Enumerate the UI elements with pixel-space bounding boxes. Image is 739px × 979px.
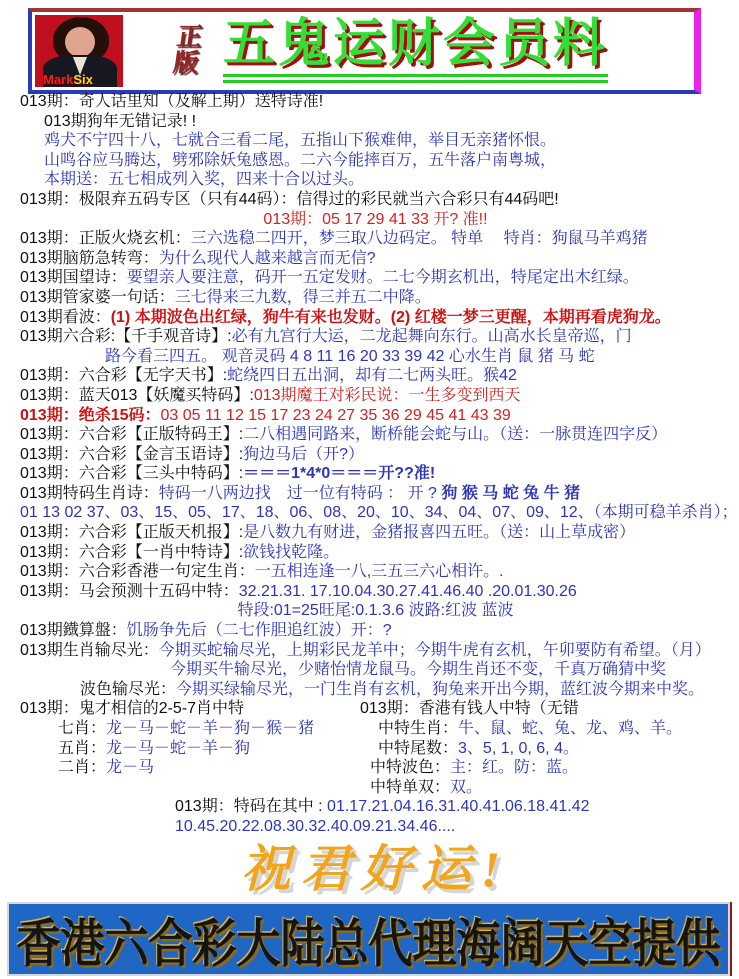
content-line: 013期：香港有钱人中特（无错 [360, 699, 731, 719]
text-segment: 32.21.31. 17.10.04.30.27.41.46.40 .20.01… [239, 583, 577, 600]
text-segment: 鸡犬不宁四十八，七就合三看二尾，五指山下猴难伸，举目无亲猪怀恨。 [44, 132, 556, 149]
text-segment: 狗边马后（开?） [243, 446, 364, 463]
content-line: 中特尾数：3、5, 1, 0, 6, 4。 [360, 739, 731, 759]
text-segment: 波色输尽光： [80, 681, 176, 698]
content-line: 013期脑筋急转弯：为什么现代人越来越言而无信? [20, 249, 731, 269]
content-line: 013期管家婆一句话：三七得来三九数，得三并五二中降。 [20, 288, 731, 308]
bottom-banner: 香港六合彩大陆总代理海阔天空提供 [7, 902, 730, 976]
text-segment: 要望亲人要注意，码开一五定发财。二七今期玄机出，特尾定出木红绿。 [127, 269, 639, 286]
text-segment: 特段:01=25旺尾:0.1.3.6 波路:红波 蓝波 [237, 602, 513, 619]
text-segment: 013期生肖输尽光： [20, 642, 159, 659]
text-segment: 中特单双： [370, 779, 450, 796]
content-line: 013期：鬼才相信的2-5-7肖中特 [20, 699, 360, 719]
column-right: 013期：香港有钱人中特（无错中特生肖：牛、鼠、蛇、兔、龙、鸡、羊。中特尾数：3… [360, 699, 731, 797]
photo-face [65, 27, 95, 57]
text-segment: 龙－马－蛇－羊－狗－猴－猪 [106, 720, 314, 737]
content-line: 013期：六合彩【无字天书】:蛇绕四日五出洞，却有二七两头旺。猴42 [20, 366, 731, 386]
content-line: 中特生肖：牛、鼠、蛇、兔、龙、鸡、羊。 [360, 719, 731, 739]
text-segment: 今期买蛇输尽光，上期彩民龙羊中；今期牛虎有玄机，午卯要防有希望。（月） [159, 642, 711, 659]
text-segment: 中特尾数： [378, 740, 458, 757]
content: 013期：奇人话里知（及解上期）送特诗准!013期狗年无错记录! !鸡犬不宁四十… [0, 92, 739, 897]
content-line: 013期鐡算盤：饥肠争先后（二七作胆追红波）开：? [20, 621, 731, 641]
good-luck-wish: 祝君好运! [20, 841, 731, 897]
text-segment: 013期：马会预测十五码中特： [20, 583, 239, 600]
text-segment: ＝＝＝1*4*0＝＝＝开??准! [243, 465, 435, 482]
text-segment: 特码一八两边找 过一位有特码 ： 开 ? [159, 485, 442, 502]
content-line: 中特波色：主：红。防：蓝。 [360, 758, 731, 778]
content-line: 013期：正版火烧玄机：三六选稳二四开，梦三取八边码定。 特单 特肖：狗鼠马羊鸡… [20, 229, 731, 249]
content-line: 特段:01=25旺尾:0.1.3.6 波路:红波 蓝波 [20, 601, 731, 621]
text-segment: 饥肠争先后（二七作胆追红波）开：? [127, 622, 392, 639]
lottery-tip-sheet: MarkSix 正版 五鬼运财会员料 013期：奇人话里知（及解上期）送特诗准!… [0, 0, 739, 979]
content-line: 013期：六合彩【正版天机报】:是八数九有财进，金猪报喜四五旺。（送：山上草成密… [20, 523, 731, 543]
text-segment: 欲钱找乾隆。 [243, 544, 339, 561]
page-title: 五鬼运财会员料 [223, 19, 608, 71]
mark-six-logo-six: Six [73, 72, 93, 87]
text-segment: 013期特码生肖诗： [20, 485, 159, 502]
text-segment: 013期六合彩:【千手观音诗】: [20, 328, 232, 345]
text-segment: 013期：六合彩【三头中特码】: [20, 465, 243, 482]
text-segment: 013期国望诗： [20, 269, 127, 286]
content-line: 013期狗年无错记录! ! [20, 112, 731, 132]
content-line: 013期：特码在其中 : 01.17.21.04.16.31.40.41.06.… [20, 797, 731, 817]
text-segment: 本期送：五七相成列入奖，四来十合以过头。 [44, 171, 364, 188]
text-segment: 中特波色： [370, 759, 450, 776]
content-line: 波色输尽光：今期买绿输尽光，一门生肖有玄机，狗兔来开出今期，蓝红波今期来中奖。 [20, 680, 731, 700]
text-segment: 中特生肖： [378, 720, 458, 737]
title-underline [223, 74, 608, 77]
masthead: MarkSix 正版 五鬼运财会员料 [28, 8, 701, 94]
content-line: 鸡犬不宁四十八，七就合三看二尾，五指山下猴难伸，举目无亲猪怀恨。 [20, 131, 731, 151]
content-line: 中特单双：双。 [360, 778, 731, 798]
bottom-banner-text: 香港六合彩大陆总代理海阔天空提供 [17, 902, 721, 976]
text-segment: 龙－马－蛇－羊－狗 [106, 740, 250, 757]
text-segment: 三六选稳二四开，梦三取八边码定。 特单 特肖：狗鼠马羊鸡猪 [191, 230, 648, 247]
text-segment: 013期：六合彩【金言玉语诗】: [20, 446, 243, 463]
text-segment: 013期狗年无错记录! ! [44, 113, 196, 130]
content-lines-top: 013期：奇人话里知（及解上期）送特诗准!013期狗年无错记录! !鸡犬不宁四十… [20, 92, 731, 699]
text-segment: 一五相连逢一八,三五三六心相许。. [255, 563, 504, 580]
text-segment: 山鸣谷应马腾达，劈邪除妖兔感恩。二六今能摔百万，五牛落户南粤城， [44, 152, 556, 169]
text-segment: 为什么现代人越来越言而无信? [159, 250, 376, 267]
text-segment: 3、5, 1, 0, 6, 4。 [458, 740, 579, 757]
text-segment: 013期：六合彩香港一句定生肖： [20, 563, 255, 580]
content-line: 013期国望诗：要望亲人要注意，码开一五定发财。二七今期玄机出，特尾定出木红绿。 [20, 268, 731, 288]
text-segment: 013期看波： [20, 309, 111, 326]
text-segment: 今期买绿输尽光，一门生肖有玄机，狗兔来开出今期，蓝红波今期来中奖。 [176, 681, 704, 698]
text-segment: 10.45.20.22.08.30.32.40.09.21.34.46.... [175, 818, 455, 835]
content-line: 五肖：龙－马－蛇－羊－狗 [20, 739, 360, 759]
content-line: 013期特码生肖诗：特码一八两边找 过一位有特码 ： 开 ? 狗 猴 马 蛇 兔… [20, 484, 731, 504]
content-line: 013期：六合彩【金言玉语诗】:狗边马后（开?） [20, 445, 731, 465]
text-segment: 013期：极限弃五码专区（只有44码）：信得过的彩民就当六合彩只有44码吧! [20, 191, 559, 208]
content-line: 013期：蓝天013【妖魔买特码】:013期魔王对彩民说：一生多变到西天 [20, 386, 731, 406]
text-segment: 013期：正版火烧玄机： [20, 230, 191, 247]
text-segment: 狗 猴 马 蛇 兔 牛 猪 [441, 485, 580, 502]
text-segment: 必有九宫行大运，二龙起舞向东行。山高水长皇帝巡，门 [232, 328, 632, 345]
text-segment: (1) 本期波色出红绿，狗牛有来也发财。(2) 红楼一梦三更醒，本期再看虎狗龙。 [111, 309, 671, 326]
mark-six-logo: MarkSix [43, 72, 93, 87]
text-segment: 013期魔王对彩民说：一生多变到西天 [254, 387, 521, 404]
text-segment: 路今看三四五。 观音灵码 4 8 11 16 20 33 39 42 心水生肖 … [105, 348, 595, 365]
text-segment: 今期买牛输尽光，少赌怡情龙鼠马。今期生肖还不变，千真万确猜中奖 [170, 661, 666, 678]
text-segment: 01.17.21.04.16.31.40.41.06.18.41.42 [327, 798, 589, 815]
content-line: 七肖：龙－马－蛇－羊－狗－猴－猪 [20, 719, 360, 739]
content-line: 013期：马会预测十五码中特：32.21.31. 17.10.04.30.27.… [20, 582, 731, 602]
content-line: 013期：六合彩【正版特码王】:二八相遇同路来，断桥能会蛇与山。（送：一脉贯连四… [20, 425, 731, 445]
content-line: 01 13 02 37、03、15、05、17、18、06、08、20、10、3… [20, 503, 731, 523]
text-segment: 双。 [450, 779, 482, 796]
content-line: 013期看波：(1) 本期波色出红绿，狗牛有来也发财。(2) 红楼一梦三更醒，本… [20, 308, 731, 328]
content-line: 二肖：龙－马 [20, 758, 360, 778]
text-segment: 013期管家婆一句话： [20, 289, 175, 306]
content-line: 013期：六合彩【三头中特码】:＝＝＝1*4*0＝＝＝开??准! [20, 464, 731, 484]
text-segment: 01 13 02 37、03、15、05、17、18、06、08、20、10、3… [20, 504, 738, 521]
text-segment: 三七得来三九数，得三并五二中降。 [175, 289, 431, 306]
text-segment: 013期：绝杀15码： [20, 407, 161, 424]
content-line: 013期生肖输尽光：今期买蛇输尽光，上期彩民龙羊中；今期牛虎有玄机，午卯要防有希… [20, 641, 731, 661]
text-segment: 二肖： [58, 759, 106, 776]
content-line: 013期：六合彩【一肖中特诗】:欲钱找乾隆。 [20, 543, 731, 563]
content-line: 10.45.20.22.08.30.32.40.09.21.34.46.... [20, 817, 731, 837]
content-line: 013期：05 17 29 41 33 开? 准!! [20, 210, 731, 230]
content-line: 本期送：五七相成列入奖，四来十合以过头。 [20, 170, 731, 190]
text-segment: 013期：六合彩【正版天机报】: [20, 524, 243, 541]
mark-six-logo-mark: Mark [43, 72, 73, 87]
content-line: 山鸣谷应马腾达，劈邪除妖兔感恩。二六今能摔百万，五牛落户南粤城， [20, 151, 731, 171]
text-segment: 龙－马 [106, 759, 154, 776]
text-segment: 013期：香港有钱人中特（无错 [360, 700, 579, 717]
content-line: 013期：六合彩香港一句定生肖：一五相连逢一八,三五三六心相许。. [20, 562, 731, 582]
text-segment: 是八数九有财进，金猪报喜四五旺。（送：山上草成密） [243, 524, 635, 541]
title-underline [223, 80, 608, 83]
text-segment: 013期：六合彩【正版特码王】: [20, 426, 243, 443]
masthead-photo: MarkSix [35, 15, 123, 87]
content-line: 013期：奇人话里知（及解上期）送特诗准! [20, 92, 731, 112]
text-segment: 013期：蓝天013【妖魔买特码】: [20, 387, 254, 404]
content-line: 013期：绝杀15码：03 05 11 12 15 17 23 24 27 35… [20, 406, 731, 426]
content-line: 路今看三四五。 观音灵码 4 8 11 16 20 33 39 42 心水生肖 … [20, 347, 731, 367]
text-segment: 五肖： [58, 740, 106, 757]
text-segment: 013期脑筋急转弯： [20, 250, 159, 267]
two-column-section: 013期：鬼才相信的2-5-7肖中特七肖：龙－马－蛇－羊－狗－猴－猪五肖：龙－马… [20, 699, 731, 797]
content-line: 今期买牛输尽光，少赌怡情龙鼠马。今期生肖还不变，千真万确猜中奖 [20, 660, 731, 680]
text-segment: 013期：鬼才相信的2-5-7肖中特 [20, 700, 244, 717]
text-segment: 牛、鼠、蛇、兔、龙、鸡、羊。 [458, 720, 682, 737]
text-segment: 013期：六合彩【无字天书】: [20, 367, 227, 384]
text-segment: 主：红。防：蓝。 [450, 759, 578, 776]
content-lines-bottom: 013期：特码在其中 : 01.17.21.04.16.31.40.41.06.… [20, 797, 731, 836]
edition-label: 正版 [171, 25, 210, 77]
text-segment: 二八相遇同路来，断桥能会蛇与山。（送：一脉贯连四字反） [243, 426, 667, 443]
content-line: 013期：极限弃五码专区（只有44码）：信得过的彩民就当六合彩只有44码吧! [20, 190, 731, 210]
text-segment: 013期：特码在其中 : [175, 798, 327, 815]
text-segment: 013期：奇人话里知（及解上期）送特诗准! [20, 93, 323, 110]
column-left: 013期：鬼才相信的2-5-7肖中特七肖：龙－马－蛇－羊－狗－猴－猪五肖：龙－马… [20, 699, 360, 797]
content-line: 013期六合彩:【千手观音诗】:必有九宫行大运，二龙起舞向东行。山高水长皇帝巡，… [20, 327, 731, 347]
title-block: 五鬼运财会员料 [223, 19, 608, 83]
text-segment: 03 05 11 12 15 17 23 24 27 35 36 29 45 4… [161, 407, 511, 424]
text-segment: 013期：05 17 29 41 33 开? 准!! [263, 211, 487, 228]
text-segment: 013期鐡算盤： [20, 622, 127, 639]
text-segment: 013期：六合彩【一肖中特诗】: [20, 544, 243, 561]
text-segment: 蛇绕四日五出洞，却有二七两头旺。猴42 [227, 367, 517, 384]
text-segment: 七肖： [58, 720, 106, 737]
